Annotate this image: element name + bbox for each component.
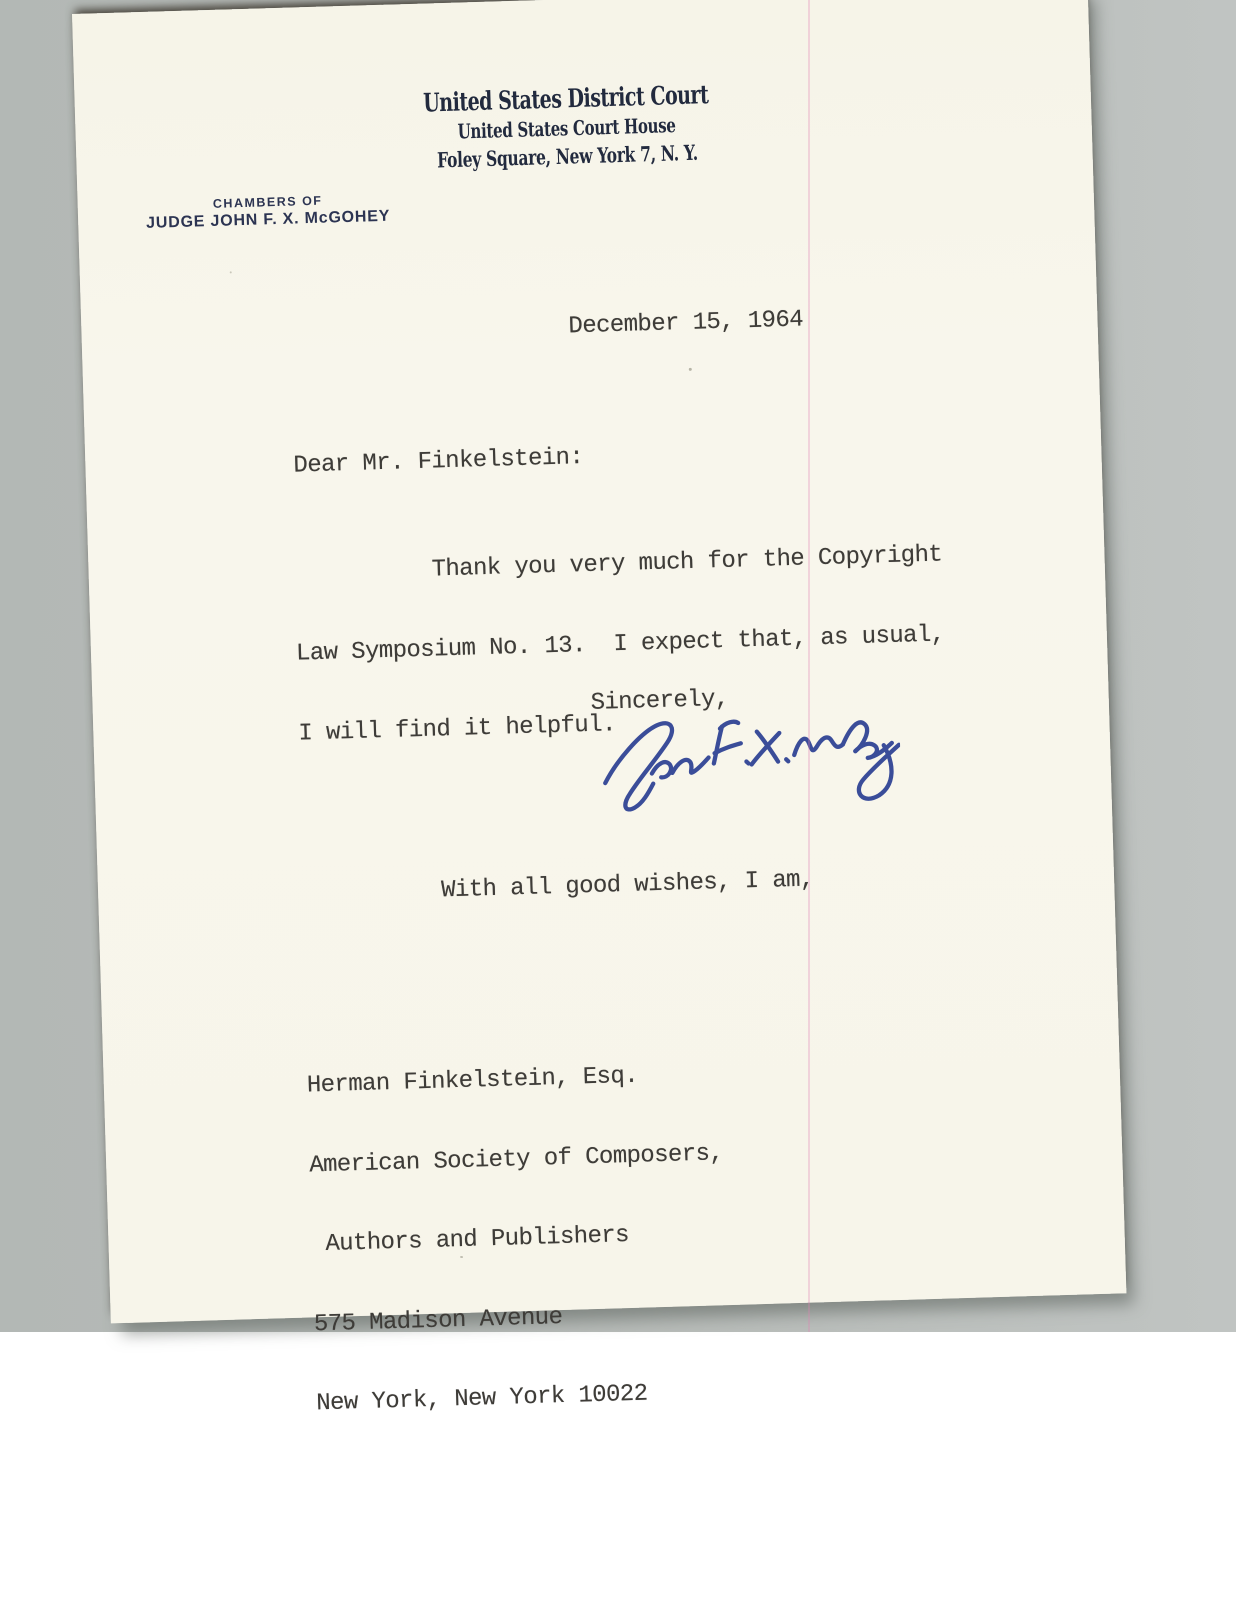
recipient-line: Herman Finkelstein, Esq. — [307, 1061, 722, 1100]
recipient-line: American Society of Composers, — [309, 1141, 724, 1180]
letter-page: United States District Court United Stat… — [72, 0, 1126, 1323]
body-line: Thank you very much for the Copyright — [293, 542, 942, 588]
scanned-letter-view: United States District Court United Stat… — [0, 0, 1236, 1600]
scan-artifact-line — [808, 0, 810, 1332]
recipient-address: Herman Finkelstein, Esq. American Societ… — [305, 1008, 732, 1471]
letter-date: December 15, 1964 — [568, 306, 803, 340]
handwritten-signature — [592, 684, 902, 819]
body-line: Law Symposium No. 13. I expect that, as … — [296, 622, 945, 668]
recipient-line: Authors and Publishers — [311, 1220, 726, 1259]
recipient-line: New York, New York 10022 — [316, 1379, 731, 1418]
salutation: Dear Mr. Finkelstein: — [293, 444, 584, 480]
body-line: With all good wishes, I am, — [303, 863, 952, 909]
paper-speck — [230, 271, 232, 273]
recipient-line: 575 Madison Avenue — [314, 1300, 729, 1339]
paper-speck — [689, 368, 692, 371]
